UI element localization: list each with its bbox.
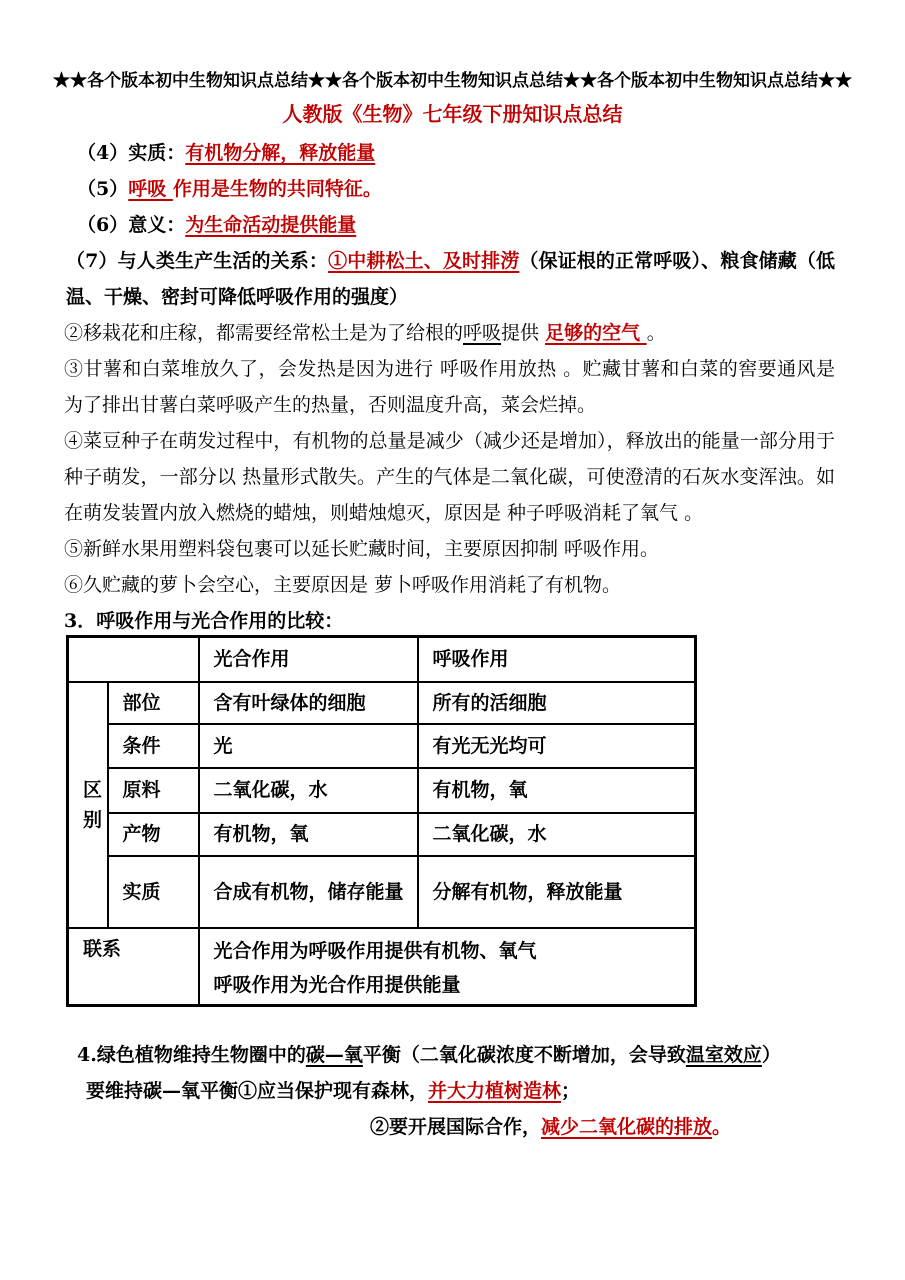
cell-respiration: 分解有机物，释放能量: [418, 856, 696, 928]
paragraph-essence: （4）实质：有机物分解，释放能量: [64, 135, 835, 171]
table-row: 区别 部位 含有叶绿体的细胞 所有的活细胞: [68, 682, 696, 724]
text-segment: 并大力植树造林: [428, 1080, 561, 1102]
paragraph-relation: （7）与人类生产生活的关系：①中耕松土、及时排涝（保证根的正常呼吸）、粮食储藏（…: [64, 243, 835, 315]
table-row: 原料 二氧化碳，水 有机物，氧: [68, 768, 696, 813]
paragraph-note-3: ③甘薯和白菜堆放久了，会发热是因为进行 呼吸作用放热 。贮藏甘薯和白菜的窖要通风…: [64, 351, 835, 423]
text-segment: ②要开展国际合作，: [370, 1116, 541, 1138]
text-segment: 要维持碳—氧平衡①应当保护现有森林，: [86, 1080, 428, 1102]
text-segment: ；: [561, 1080, 580, 1102]
cell-respiration: 所有的活细胞: [418, 682, 696, 724]
table-header-respiration: 呼吸作用: [418, 637, 696, 682]
table-row: 产物 有机物，氧 二氧化碳，水: [68, 813, 696, 856]
paragraph-note-5: ⑤新鲜水果用塑料袋包裹可以延长贮藏时间，主要原因抑制 呼吸作用。: [64, 531, 835, 567]
text-segment: 平衡（二氧化碳浓度不断增加，会导致: [363, 1044, 686, 1066]
text-segment: 。: [647, 322, 666, 344]
link-line: 光合作用为呼吸作用提供有机物、氧气: [214, 934, 689, 968]
text-segment: 提供: [501, 322, 545, 344]
table-group-label: 区别: [68, 682, 108, 928]
table-corner-cell: [68, 637, 199, 682]
text-segment: 。: [712, 1116, 731, 1138]
text-segment: （4）实质：: [77, 142, 185, 164]
text-segment: 呼吸: [128, 178, 173, 200]
section4-heading: 4.绿色植物维持生物圈中的碳—氧平衡（二氧化碳浓度不断增加，会导致温室效应）: [64, 1037, 835, 1073]
cell-respiration: 二氧化碳，水: [418, 813, 696, 856]
paragraph-common-trait: （5）呼吸 作用是生物的共同特征。: [64, 171, 835, 207]
paragraph-note-2: ②移栽花和庄稼，都需要经常松土是为了给根的呼吸提供 足够的空气 。: [64, 315, 835, 351]
document-body: （4）实质：有机物分解，释放能量 （5）呼吸 作用是生物的共同特征。 （6）意义…: [64, 135, 835, 639]
row-label: 条件: [108, 724, 199, 768]
row-label: 产物: [108, 813, 199, 856]
text-segment: 呼吸: [463, 322, 501, 344]
table-link-label: 联系: [68, 928, 199, 1006]
text-segment: （7）与人类生产生活的关系：: [66, 250, 328, 272]
text-segment: ③甘薯和白菜堆放久了，会发热是因为进行 呼吸作用放热 。贮藏甘薯和白菜的窖要通风…: [64, 358, 835, 416]
text-segment: （6）意义：: [77, 214, 185, 236]
text-segment: 为生命活动提供能量: [185, 214, 356, 236]
text-segment: 3．呼吸作用与光合作用的比较：: [64, 610, 343, 632]
table-row: 实质 合成有机物，储存能量 分解有机物，释放能量: [68, 856, 696, 928]
paragraph-meaning: （6）意义：为生命活动提供能量: [64, 207, 835, 243]
text-segment: （5）: [77, 178, 128, 200]
text-segment: ②移栽花和庄稼，都需要经常松土是为了给根的: [64, 322, 463, 344]
paragraph-note-6: ⑥久贮藏的萝卜会空心，主要原因是 萝卜呼吸作用消耗了有机物。: [64, 567, 835, 603]
table-header-photosynthesis: 光合作用: [199, 637, 418, 682]
text-segment: 足够的空气: [545, 322, 647, 344]
section4: 4.绿色植物维持生物圈中的碳—氧平衡（二氧化碳浓度不断增加，会导致温室效应） 要…: [64, 1037, 835, 1145]
text-segment: 碳—氧: [306, 1044, 363, 1066]
cell-photosynthesis: 合成有机物，储存能量: [199, 856, 418, 928]
text-segment: ⑥久贮藏的萝卜会空心，主要原因是 萝卜呼吸作用消耗了有机物。: [64, 574, 621, 596]
link-line: 呼吸作用为光合作用提供能量: [214, 968, 689, 1002]
section4-point-1: 要维持碳—氧平衡①应当保护现有森林，并大力植树造林；: [64, 1073, 835, 1109]
cell-photosynthesis: 有机物，氧: [199, 813, 418, 856]
row-label: 原料: [108, 768, 199, 813]
cell-photosynthesis: 二氧化碳，水: [199, 768, 418, 813]
table-row-link: 联系 光合作用为呼吸作用提供有机物、氧气 呼吸作用为光合作用提供能量: [68, 928, 696, 1006]
section4-point-2: ②要开展国际合作，减少二氧化碳的排放。: [64, 1109, 835, 1145]
section3-heading: 3．呼吸作用与光合作用的比较：: [64, 603, 835, 639]
text-segment: 减少二氧化碳的排放: [541, 1116, 712, 1138]
text-segment: ④菜豆种子在萌发过程中，有机物的总量是减少（减少还是增加），释放出的能量一部分用…: [64, 430, 835, 524]
table-row-header: 光合作用 呼吸作用: [68, 637, 696, 682]
cell-photosynthesis: 含有叶绿体的细胞: [199, 682, 418, 724]
comparison-table: 光合作用 呼吸作用 区别 部位 含有叶绿体的细胞 所有的活细胞 条件 光 有光无…: [66, 635, 697, 1007]
text-segment: ①中耕松土、及时排涝: [328, 250, 519, 272]
header-banner: ★★各个版本初中生物知识点总结★★各个版本初中生物知识点总结★★各个版本初中生物…: [0, 70, 905, 92]
page-title: 人教版《生物》七年级下册知识点总结: [0, 101, 905, 127]
text-segment: 作用是生物的共同特征。: [173, 178, 382, 200]
document-page: ★★各个版本初中生物知识点总结★★各个版本初中生物知识点总结★★各个版本初中生物…: [0, 0, 905, 1280]
table-row: 条件 光 有光无光均可: [68, 724, 696, 768]
cell-respiration: 有光无光均可: [418, 724, 696, 768]
text-segment: 温室效应: [686, 1044, 762, 1066]
text-segment: ⑤新鲜水果用塑料袋包裹可以延长贮藏时间，主要原因抑制 呼吸作用。: [64, 538, 659, 560]
paragraph-note-4: ④菜豆种子在萌发过程中，有机物的总量是减少（减少还是增加），释放出的能量一部分用…: [64, 423, 835, 531]
row-label: 部位: [108, 682, 199, 724]
text-segment: 有机物分解，释放能量: [185, 142, 375, 164]
text-segment: 4.绿色植物维持生物圈中的: [77, 1044, 306, 1066]
cell-respiration: 有机物，氧: [418, 768, 696, 813]
cell-photosynthesis: 光: [199, 724, 418, 768]
text-segment: ）: [762, 1044, 781, 1066]
table-link-content: 光合作用为呼吸作用提供有机物、氧气 呼吸作用为光合作用提供能量: [199, 928, 696, 1006]
row-label: 实质: [108, 856, 199, 928]
